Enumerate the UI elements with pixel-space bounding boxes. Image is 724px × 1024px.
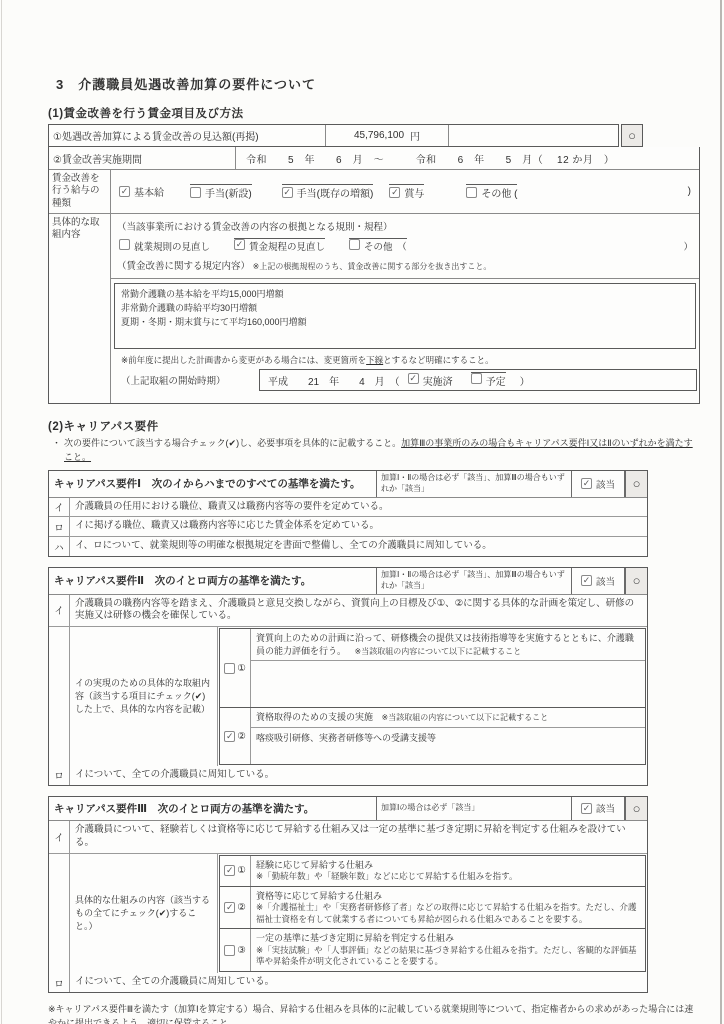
career3-item-3: ③ 一定の基準に基づき定期に昇給を判定する仕組み ※「実技試験」や「人事評価」な… <box>220 928 645 971</box>
start-option-done: ✓ 実施済 <box>408 373 453 388</box>
checkbox-rule-other[interactable] <box>349 239 360 250</box>
rule-other-close-paren: ） <box>683 239 693 253</box>
rule-other: その他 （ <box>349 238 407 253</box>
checkbox-career3-item1[interactable]: ✓ <box>224 865 235 876</box>
career3-note: 加算Ⅰの場合は必ず「該当」 <box>376 797 572 820</box>
career2-status-cell: ○ <box>625 568 647 594</box>
checkbox-career2-item2[interactable]: ✓ <box>224 731 235 742</box>
career1-title: キャリアパス要件Ⅰ 次のイからハまでのすべての基準を満たす。 <box>49 471 376 497</box>
salary-type-existing-allowance: ✓ 手当(既存の増額) <box>282 184 374 200</box>
checkbox-base-salary[interactable]: ✓ <box>119 186 130 197</box>
career-path-table-2: キャリアパス要件Ⅱ 次のイとロ両方の基準を満たす。 加算Ⅰ・Ⅱの場合は必ず「該当… <box>48 567 648 786</box>
career3-row-ro: ロ イについて、全ての介護職員に周知している。 <box>49 973 647 992</box>
circle-mark-icon: ○ <box>628 129 636 142</box>
change-note: ※前年度に提出した計画書から変更がある場合には、変更箇所を下線とするなど明確にす… <box>111 351 699 367</box>
career2-note: 加算Ⅰ・Ⅱの場合は必ず「該当」、加算Ⅲの場合もいずれか「該当」 <box>376 568 572 594</box>
footer-note: ※キャリアパス要件Ⅲを満たす（加算Ⅰを算定する）場合、昇給する仕組みを具体的に記… <box>48 1003 696 1024</box>
estimate-label: ①処遇改善加算による賃金改善の見込額(再掲) <box>49 125 326 146</box>
circle-mark-icon: ○ <box>633 574 641 587</box>
rules-block: （当該事業所における賃金改善の内容の根拠となる規則・規程） 就業規則の見直し ✓… <box>111 214 699 279</box>
career2-item-1: ① 資質向上のための計画に沿って、研修機会の提供又は技術指導等を実施するとともに… <box>220 629 645 707</box>
career2-row-ro: ロ イについて、全ての介護職員に周知している。 <box>49 766 647 785</box>
circle-mark-icon: ○ <box>633 802 641 815</box>
detail-label: 具体的な取組内容 <box>49 214 111 403</box>
detail-content-line: 夏期・冬期・期末賞与にて平均160,000円増額 <box>121 316 689 330</box>
start-period-value: 平成 21 年 4 月 （ <box>268 373 400 388</box>
career2-item1-content-field[interactable] <box>251 660 645 707</box>
salary-type-other: その他 ( <box>466 184 517 200</box>
checkbox-other-salary[interactable] <box>466 187 477 198</box>
estimate-amount: 45,796,100 <box>354 130 404 141</box>
section2-heading: (2)キャリアパス要件 <box>48 418 700 434</box>
estimate-row: ①処遇改善加算による賃金改善の見込額(再掲) 45,796,100 円 ○ <box>48 124 700 147</box>
period-label: ②賃金改善実施期間 <box>49 147 236 169</box>
salary-type-bonus: ✓ 賞与 <box>389 184 424 200</box>
career3-row-i: イ 介護職員について、経験若しくは資格等に応じて昇給する仕組み又は一定の基準に基… <box>49 821 647 853</box>
checkbox-planned[interactable] <box>471 373 482 384</box>
start-option-planned: 予定 <box>471 372 506 388</box>
career3-item-2: ✓ ② 資格等に応じて昇給する仕組み ※「介護福祉士」や「実務者研修修了者」など… <box>220 886 645 929</box>
start-period-label: （上記取組の開始時期） <box>121 369 259 391</box>
career-path-table-1: キャリアパス要件Ⅰ 次のイからハまでのすべての基準を満たす。 加算Ⅰ・Ⅱの場合は… <box>48 470 648 557</box>
career1-applicable: ✓ 該当 <box>572 471 625 497</box>
section2-note: ・ 次の要件について該当する場合チェック(✔)し、必要事項を具体的に記載すること… <box>48 437 700 464</box>
salary-types-row: 賃金改善を行う給与の種類 ✓ 基本給 手当(新設) ✓ 手当(既存の増額) <box>49 169 699 213</box>
checkbox-wage-regulations[interactable]: ✓ <box>234 239 245 250</box>
estimate-amount-field[interactable]: 45,796,100 円 <box>326 125 449 146</box>
detail-content-line: 非常勤介護職の時給平均30円増額 <box>121 302 689 316</box>
checkbox-existing-allowance[interactable]: ✓ <box>282 187 293 198</box>
scanned-form-page: 3 介護職員処遇改善加算の要件について (1)賃金改善を行う賃金項目及び方法 ①… <box>0 0 724 1024</box>
career3-applicable: ✓ 該当 <box>572 797 625 820</box>
checkbox-career3-item3[interactable] <box>224 945 235 956</box>
career2-key-spacer <box>49 627 70 766</box>
career1-note: 加算Ⅰ・Ⅱの場合は必ず「該当」、加算Ⅲの場合もいずれか「該当」 <box>376 471 572 497</box>
start-period-field[interactable]: 平成 21 年 4 月 （ ✓ 実施済 予定 ） <box>259 369 697 391</box>
checkbox-career3-applicable[interactable]: ✓ <box>581 803 592 814</box>
estimate-unit: 円 <box>410 128 420 143</box>
checkbox-implemented[interactable]: ✓ <box>408 373 419 384</box>
career1-row-ha: ハ イ、ロについて、就業規則等の明確な根拠規定を書面で整備し、全ての介護職員に周… <box>49 536 647 556</box>
career1-row-ro: ロ イに掲げる職位、職責又は職務内容等に応じた賃金体系を定めている。 <box>49 516 647 536</box>
career2-item2-content-field[interactable]: 喀痰吸引研修、実務者研修等への受講支援等 <box>251 727 645 764</box>
career2-row-i: イ 介護職員の職務内容等を踏まえ、介護職員と意見交換しながら、資質向上の目標及び… <box>49 595 647 627</box>
career3-sub-label: 具体的な仕組みの内容（該当するもの全てにチェック(✔)すること。） <box>70 854 218 974</box>
bullet: ・ <box>52 437 61 451</box>
career-path-table-3: キャリアパス要件Ⅲ 次のイとロ両方の基準を満たす。 加算Ⅰの場合は必ず「該当」 … <box>48 796 648 993</box>
wage-improvement-table: ②賃金改善実施期間 令和 5 年 6 月 ～ 令和 6 年 5 月（ 12 か月… <box>48 147 700 404</box>
section1-heading: (1)賃金改善を行う賃金項目及び方法 <box>48 105 700 121</box>
salary-types-label: 賃金改善を行う給与の種類 <box>49 170 111 213</box>
checkbox-new-allowance[interactable] <box>190 187 201 198</box>
checkbox-work-regulations[interactable] <box>119 239 130 250</box>
career2-applicable: ✓ 該当 <box>572 568 625 594</box>
page-title: 3 介護職員処遇改善加算の要件について <box>56 74 700 93</box>
circle-mark-icon: ○ <box>633 477 641 490</box>
career1-status-cell: ○ <box>625 471 647 497</box>
career1-row-i: イ 介護職員の任用における職位、職責又は職務内容等の要件を定めている。 <box>49 498 647 517</box>
career2-title: キャリアパス要件Ⅱ 次のイとロ両方の基準を満たす。 <box>49 568 376 594</box>
career2-sub-block: イの実現のための具体的な取組内容（該当する項目にチェック(✔)した上で、具体的な… <box>49 626 647 766</box>
estimate-filler <box>449 125 618 146</box>
salary-other-close-paren: ) <box>688 186 691 197</box>
rule-work-regulations: 就業規則の見直し <box>119 239 210 253</box>
career3-sub-block: 具体的な仕組みの内容（該当するもの全てにチェック(✔)すること。） ✓ ① 経験… <box>49 853 647 974</box>
checkbox-career2-item1[interactable] <box>224 663 235 674</box>
estimate-status-cell: ○ <box>621 124 643 147</box>
checkbox-career3-item2[interactable]: ✓ <box>224 902 235 913</box>
checkbox-career1-applicable[interactable]: ✓ <box>581 478 592 489</box>
start-close-paren: ） <box>520 373 530 388</box>
salary-type-new-allowance: 手当(新設) <box>190 184 252 200</box>
rules-heading: （当該事業所における賃金改善の内容の根拠となる規則・規程） <box>117 219 693 233</box>
checkbox-career2-applicable[interactable]: ✓ <box>581 575 592 586</box>
career3-title: キャリアパス要件Ⅲ 次のイとロ両方の基準を満たす。 <box>49 797 376 820</box>
provision-label: （賃金改善に関する規定内容） <box>117 261 250 272</box>
period-value-field[interactable]: 令和 5 年 6 月 ～ 令和 6 年 5 月（ 12 か月 ） <box>236 147 699 169</box>
rule-wage-regulations: ✓ 賃金規程の見直し <box>234 238 325 253</box>
provision-note: ※上記の根拠規程のうち、賃金改善に関する部分を抜き出すこと。 <box>253 262 492 271</box>
career2-sub-label: イの実現のための具体的な取組内容（該当する項目にチェック(✔)した上で、具体的な… <box>70 627 218 766</box>
salary-type-base: ✓ 基本給 <box>119 184 164 199</box>
detail-content-line: 常勤介護職の基本給を平均15,000円増額 <box>121 288 689 302</box>
period-row: ②賃金改善実施期間 令和 5 年 6 月 ～ 令和 6 年 5 月（ 12 か月… <box>49 147 699 169</box>
career3-key-spacer <box>49 854 70 974</box>
career3-item-1: ✓ ① 経験に応じて昇給する仕組み ※「勤続年数」や「経験年数」などに応じて昇給… <box>220 856 645 886</box>
detail-content-field[interactable]: 常勤介護職の基本給を平均15,000円増額 非常勤介護職の時給平均30円増額 夏… <box>114 283 696 349</box>
career2-item-2: ✓ ② 資格取得のための支援の実施 ※当該取組の内容について以下に記載すること … <box>220 707 645 764</box>
start-period-row: （上記取組の開始時期） 平成 21 年 4 月 （ ✓ 実施済 予定 <box>111 367 699 393</box>
detail-row: 具体的な取組内容 （当該事業所における賃金改善の内容の根拠となる規則・規程） 就… <box>49 213 699 403</box>
career3-status-cell: ○ <box>625 797 647 820</box>
checkbox-bonus[interactable]: ✓ <box>389 187 400 198</box>
